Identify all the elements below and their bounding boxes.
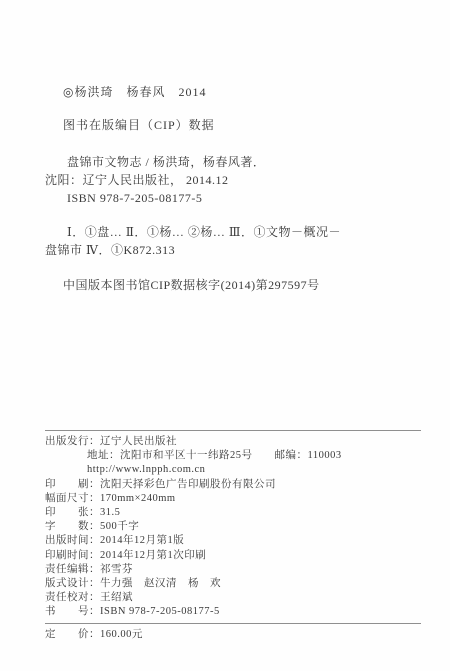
- designer-label: 版式设计：: [45, 578, 100, 589]
- printer-value: 沈阳天择彩色广告印刷股份有限公司: [100, 479, 276, 490]
- pub-date-value: 2014年12月第1版: [100, 535, 184, 546]
- cip-title-line: 盘锦市文物志 / 杨洪琦，杨春风著．: [45, 153, 420, 171]
- editor-value: 祁雪芬: [100, 564, 133, 575]
- divider-bottom: [45, 623, 421, 624]
- publisher-label: 出版发行：: [45, 436, 100, 447]
- colophon-row-editor: 责任编辑：祁雪芬: [45, 563, 421, 577]
- cip-heading: 图书在版编目（CIP）数据: [63, 116, 215, 133]
- size-value: 170mm×240mm: [100, 493, 176, 504]
- word-count-label: 字 数：: [45, 521, 100, 532]
- colophon-row-address: 地址：沈阳市和平区十一纬路25号 邮编：110003: [45, 449, 421, 463]
- colophon-row-price: 定 价：160.00元: [45, 628, 421, 642]
- divider-top: [45, 430, 421, 431]
- book-number-label: 书 号：: [45, 606, 100, 617]
- colophon-block: 出版发行：辽宁人民出版社 地址：沈阳市和平区十一纬路25号 邮编：110003 …: [45, 430, 421, 642]
- word-count-value: 500千字: [100, 521, 139, 532]
- cip-classification-line-1: Ⅰ．①盘… Ⅱ．①杨… ②杨… Ⅲ．①文物－概况－: [45, 223, 420, 241]
- print-date-value: 2014年12月第1次印刷: [100, 550, 206, 561]
- colophon-row-publisher: 出版发行：辽宁人民出版社: [45, 435, 421, 449]
- book-copyright-page: ◎杨洪琦 杨春风 2014 图书在版编目（CIP）数据 盘锦市文物志 / 杨洪琦…: [0, 0, 450, 671]
- proofreader-label: 责任校对：: [45, 592, 100, 603]
- colophon-row-word-count: 字 数：500千字: [45, 520, 421, 534]
- colophon-row-book-number: 书 号：ISBN 978-7-205-08177-5: [45, 605, 421, 619]
- cip-registration-note: 中国版本图书馆CIP数据核字(2014)第297597号: [63, 276, 320, 293]
- colophon-row-url: http://www.lnpph.com.cn: [45, 463, 421, 477]
- author-copyright-line: ◎杨洪琦 杨春风 2014: [63, 83, 206, 100]
- size-label: 幅面尺寸：: [45, 493, 100, 504]
- colophon-row-size: 幅面尺寸：170mm×240mm: [45, 492, 421, 506]
- pub-date-label: 出版时间：: [45, 535, 100, 546]
- printer-label: 印 刷：: [45, 479, 100, 490]
- price-label: 定 价：: [45, 629, 100, 640]
- cip-record-block: 盘锦市文物志 / 杨洪琦，杨春风著． 沈阳：辽宁人民出版社， 2014.12 I…: [45, 153, 420, 259]
- colophon-row-print-date: 印刷时间：2014年12月第1次印刷: [45, 549, 421, 563]
- cip-isbn-line: ISBN 978-7-205-08177-5: [45, 189, 420, 207]
- publisher-value: 辽宁人民出版社: [100, 436, 177, 447]
- colophon-row-pub-date: 出版时间：2014年12月第1版: [45, 534, 421, 548]
- colophon-row-proofreader: 责任校对：王绍斌: [45, 591, 421, 605]
- colophon-row-sheets: 印 张：31.5: [45, 506, 421, 520]
- sheets-label: 印 张：: [45, 507, 100, 518]
- price-value: 160.00元: [100, 629, 143, 640]
- book-number-value: ISBN 978-7-205-08177-5: [100, 606, 220, 617]
- colophon-row-designer: 版式设计：牛力强 赵汉清 杨 欢: [45, 577, 421, 591]
- designer-value: 牛力强 赵汉清 杨 欢: [100, 578, 221, 589]
- cip-publisher-line: 沈阳：辽宁人民出版社， 2014.12: [45, 171, 420, 189]
- colophon-row-printer: 印 刷：沈阳天择彩色广告印刷股份有限公司: [45, 478, 421, 492]
- proofreader-value: 王绍斌: [100, 592, 133, 603]
- editor-label: 责任编辑：: [45, 564, 100, 575]
- print-date-label: 印刷时间：: [45, 550, 100, 561]
- sheets-value: 31.5: [100, 507, 120, 518]
- cip-classification-line-2: 盘锦市 Ⅳ．①K872.313: [45, 241, 420, 259]
